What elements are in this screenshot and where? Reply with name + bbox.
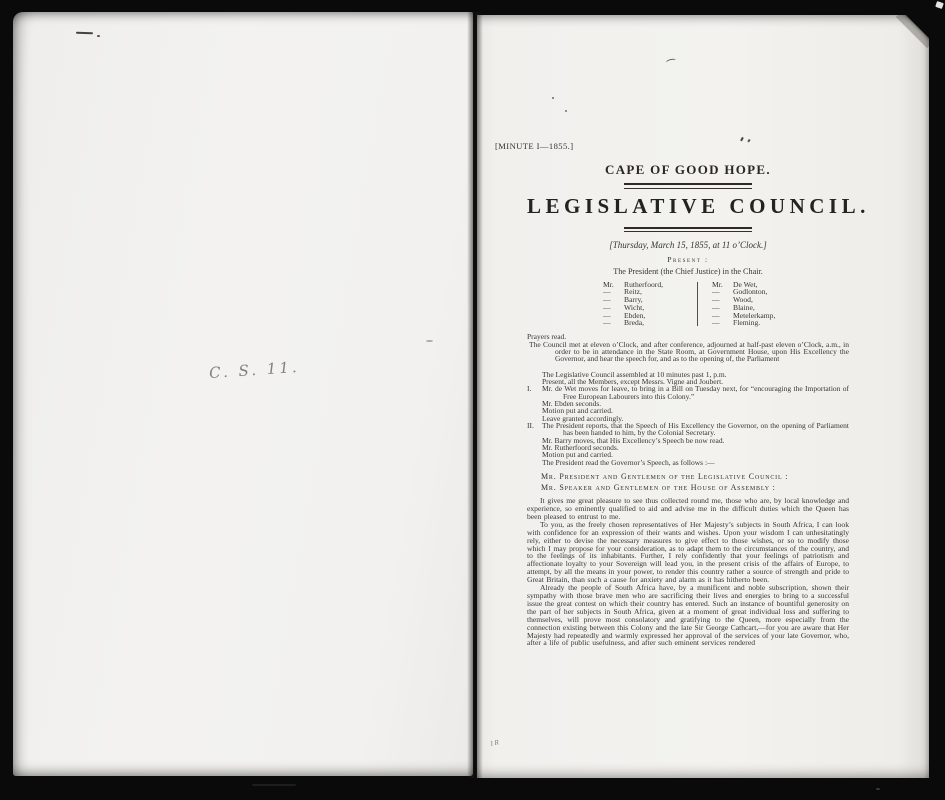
scan-speck [565, 110, 567, 112]
sitting-date-line: [Thursday, March 15, 1855, at 11 o’Clock… [527, 240, 849, 250]
members-list: Mr.Rutherfoord, —Reitz, —Barry, —Wicht, … [603, 281, 849, 328]
member-row: —Wicht, [603, 304, 697, 312]
book-gutter [467, 12, 483, 778]
double-rule [624, 227, 752, 233]
proceeding-item: II.The President reports, that the Speec… [527, 422, 849, 437]
item-numeral: II. [527, 422, 542, 429]
speech-paragraph: It gives me great pleasure to see thus c… [527, 497, 849, 521]
salutation-line: Mr. President and Gentlemen of the Legis… [541, 471, 849, 482]
scan-speck [426, 340, 433, 342]
handwritten-archive-note: C. S. 11. [208, 358, 300, 382]
minute-label: [MINUTE I—1855.] [495, 141, 573, 151]
member-row: —Breda, [603, 319, 697, 327]
member-row: —Reitz, [603, 288, 697, 296]
members-column-right: Mr.De Wet, —Godlonton, —Wood, —Blaine, —… [702, 281, 775, 328]
speech-paragraph: To you, as the freely chosen representat… [527, 521, 849, 584]
ink-mark [740, 137, 743, 141]
scan-speck [76, 32, 93, 35]
scan-speck [552, 97, 554, 99]
scan-speck [97, 35, 100, 37]
scan-speck [666, 58, 677, 65]
members-column-divider [697, 282, 698, 327]
speech-paragraph: Already the people of South Africa have,… [527, 584, 849, 647]
left-page: C. S. 11. [13, 12, 473, 776]
colony-title: CAPE OF GOOD HOPE. [527, 162, 849, 177]
proceedings: Prayers read. The Council met at eleven … [527, 333, 849, 466]
proceeding-line: The President read the Governor’s Speech… [527, 459, 849, 466]
handwritten-folio-mark: 1R [489, 738, 500, 748]
member-row: —Barry, [603, 296, 697, 304]
salutation-line: Mr. Speaker and Gentlemen of the House o… [541, 482, 849, 493]
member-row: —Ebden, [603, 312, 697, 320]
scan-speck [876, 788, 880, 790]
page-title: LEGISLATIVE COUNCIL. [527, 195, 849, 218]
present-label: Present : [527, 256, 849, 264]
ink-mark [747, 139, 750, 142]
scanned-book-spread: { "colors": { "background": "#0a0a0a", "… [0, 0, 945, 800]
members-column-left: Mr.Rutherfoord, —Reitz, —Barry, —Wicht, … [603, 281, 697, 328]
item-numeral: I. [527, 385, 542, 392]
speech-salutations: Mr. President and Gentlemen of the Legis… [527, 471, 849, 493]
governors-speech: It gives me great pleasure to see thus c… [527, 497, 849, 647]
proceeding-line: The Council met at eleven o’Clock, and a… [527, 341, 849, 363]
proceeding-item: I.Mr. de Wet moves for leave, to bring i… [527, 385, 849, 400]
member-row: —Fleming. [712, 319, 775, 327]
member-row: Mr.Rutherfoord, [603, 281, 697, 289]
double-rule [624, 183, 752, 189]
scan-speck [252, 784, 296, 786]
right-page: [MINUTE I—1855.] CAPE OF GOOD HOPE. LEGI… [477, 15, 929, 778]
chair-line: The President (the Chief Justice) in the… [527, 267, 849, 277]
scan-speck [935, 1, 944, 9]
printed-text-block: CAPE OF GOOD HOPE. LEGISLATIVE COUNCIL. … [527, 162, 849, 647]
